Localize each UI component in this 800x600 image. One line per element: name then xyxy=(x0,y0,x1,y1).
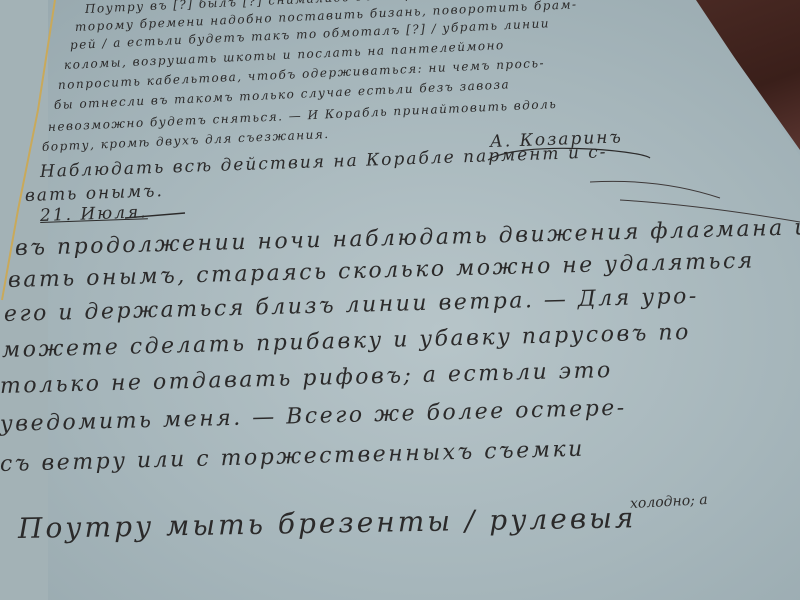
date-heading: 21. Июля. xyxy=(40,202,148,226)
left-page-edge xyxy=(0,0,48,600)
